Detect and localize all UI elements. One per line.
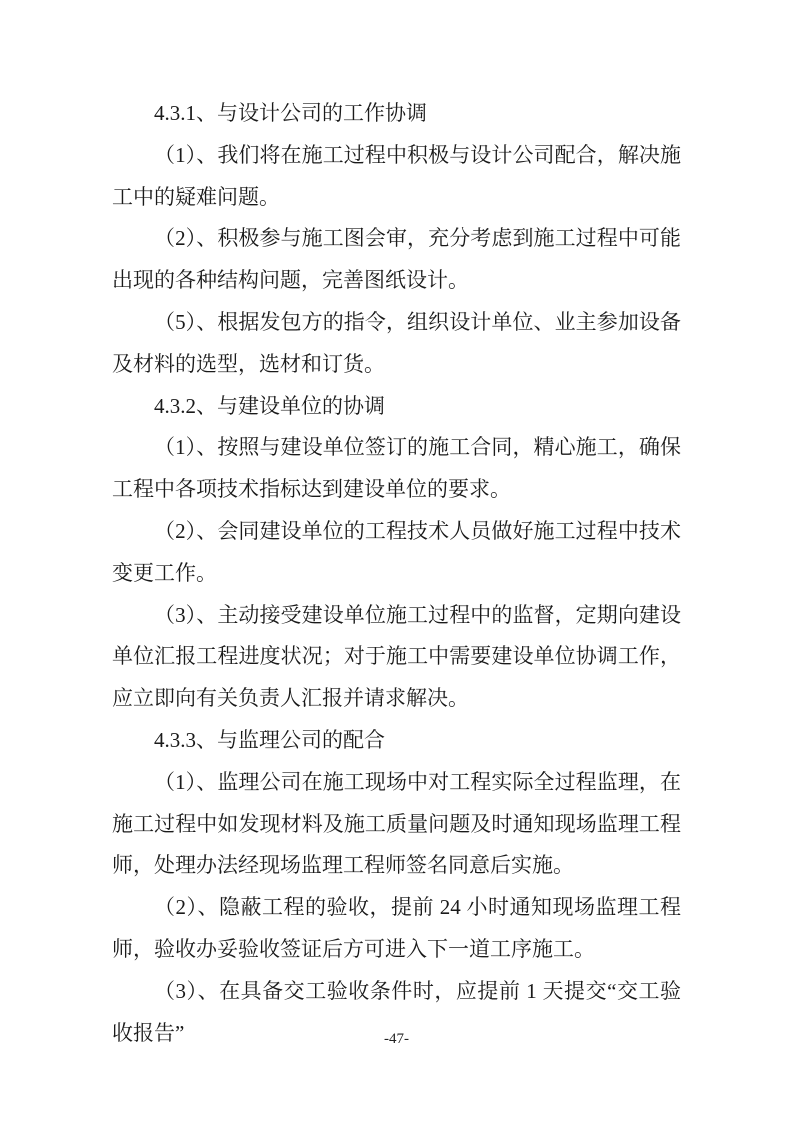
paragraph: （2）、会同建设单位的工程技术人员做好施工过程中技术变更工作。: [112, 511, 681, 595]
paragraph: （1）、按照与建设单位签订的施工合同，精心施工，确保工程中各项技术指标达到建设单…: [112, 427, 681, 511]
paragraph: （5）、根据发包方的指令，组织设计单位、业主参加设备及材料的选型，选材和订货。: [112, 302, 681, 386]
document-page: 4.3.1、与设计公司的工作协调 （1）、我们将在施工过程中积极与设计公司配合，…: [0, 0, 793, 1122]
section-heading-4-3-2: 4.3.2、与建设单位的协调: [112, 386, 681, 428]
section-heading-4-3-3: 4.3.3、与监理公司的配合: [112, 720, 681, 762]
paragraph: （1）、监理公司在施工现场中对工程实际全过程监理，在施工过程中如发现材料及施工质…: [112, 762, 681, 887]
document-body: 4.3.1、与设计公司的工作协调 （1）、我们将在施工过程中积极与设计公司配合，…: [112, 93, 681, 1054]
page-number: -47-: [384, 1031, 409, 1047]
section-heading-4-3-1: 4.3.1、与设计公司的工作协调: [112, 93, 681, 135]
paragraph: （1）、我们将在施工过程中积极与设计公司配合，解决施工中的疑难问题。: [112, 135, 681, 219]
paragraph: （3）、主动接受建设单位施工过程中的监督，定期向建设单位汇报工程进度状况；对于施…: [112, 595, 681, 720]
paragraph: （2）、积极参与施工图会审，充分考虑到施工过程中可能出现的各种结构问题，完善图纸…: [112, 218, 681, 302]
page-footer: -47-: [0, 1028, 793, 1050]
paragraph: （2）、隐蔽工程的验收，提前 24 小时通知现场监理工程师，验收办妥验收签证后方…: [112, 887, 681, 971]
